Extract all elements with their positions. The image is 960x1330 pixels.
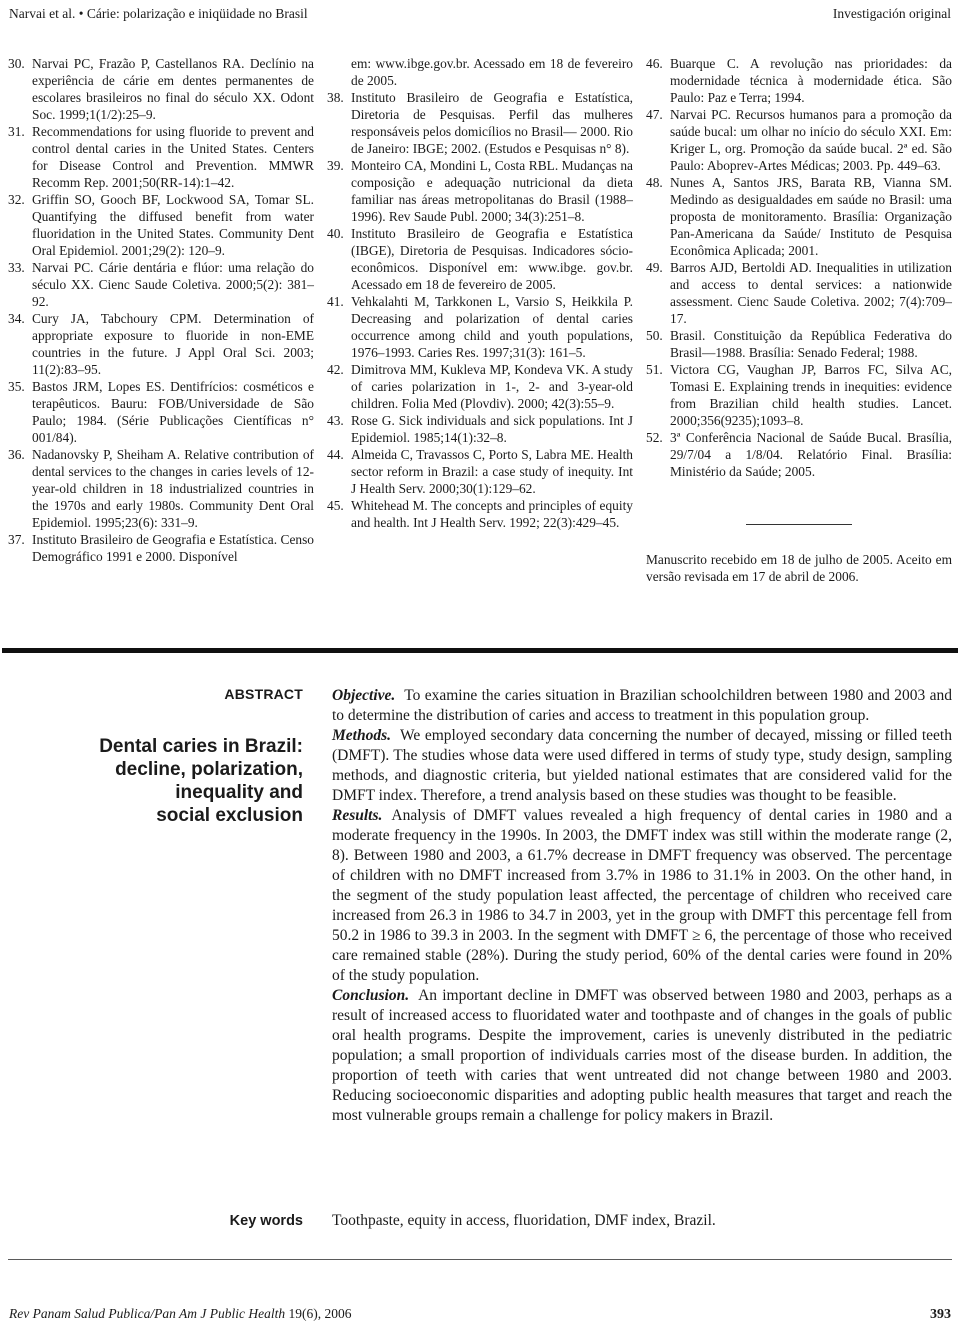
reference-text: Griffin SO, Gooch BF, Lockwood SA, Tomar… [32, 192, 314, 258]
abstract-left-column: ABSTRACT Dental caries in Brazil: declin… [8, 686, 303, 1126]
paragraph-text: Analysis of DMFT values revealed a high … [332, 807, 952, 984]
abstract-label: ABSTRACT [8, 686, 303, 702]
reference-text: Narvai PC. Cárie dentária e flúor: uma r… [32, 260, 314, 309]
keywords-text: Toothpaste, equity in access, fluoridati… [332, 1212, 952, 1230]
reference-column-2: em: www.ibge.gov.br. Acessado em 18 de f… [327, 55, 633, 585]
reference-number: 30. [8, 55, 25, 72]
reference-number: 44. [327, 446, 344, 463]
abstract-paragraph: Results.Analysis of DMFT values revealed… [332, 806, 952, 986]
references-section: 30. Narvai PC, Frazão P, Castellanos RA.… [8, 55, 952, 585]
reference-text: Dimitrova MM, Kukleva MP, Kondeva VK. A … [351, 362, 633, 411]
running-head: Narvai et al. • Cárie: polarização e ini… [9, 6, 951, 22]
reference-item: 44. Almeida C, Travassos C, Porto S, Lab… [327, 446, 633, 497]
reference-item: 42. Dimitrova MM, Kukleva MP, Kondeva VK… [327, 361, 633, 412]
reference-item: 47. Narvai PC. Recursos humanos para a p… [646, 106, 952, 174]
reference-item: 40. Instituto Brasileiro de Geografia e … [327, 225, 633, 293]
reference-text: Monteiro CA, Mondini L, Costa RBL. Mudan… [351, 158, 633, 224]
title-line: social exclusion [8, 804, 303, 827]
reference-text: Buarque C. A revolução nas prioridades: … [670, 56, 952, 105]
reference-text: Victora CG, Vaughan JP, Barros FC, Silva… [670, 362, 952, 428]
journal-issue: 19(6), 2006 [288, 1306, 351, 1321]
reference-number: 39. [327, 157, 344, 174]
reference-text: Bastos JRM, Lopes ES. Dentifrícios: cosm… [32, 379, 314, 445]
footer-rule [8, 1259, 952, 1260]
reference-item: 35. Bastos JRM, Lopes ES. Dentifrícios: … [8, 378, 314, 446]
abstract-body: Objective.To examine the caries situatio… [332, 686, 952, 1126]
reference-continuation: em: www.ibge.gov.br. Acessado em 18 de f… [327, 55, 633, 89]
reference-item: 34. Cury JA, Tabchoury CPM. Determinatio… [8, 310, 314, 378]
reference-text: Almeida C, Travassos C, Porto S, Labra M… [351, 447, 633, 496]
reference-column-3-items: 46. Buarque C. A revolução nas prioridad… [646, 55, 952, 480]
reference-item: 49. Barros AJD, Bertoldi AD. Inequalitie… [646, 259, 952, 327]
reference-item: 30. Narvai PC, Frazão P, Castellanos RA.… [8, 55, 314, 123]
reference-number: 49. [646, 259, 663, 276]
reference-item: 43. Rose G. Sick individuals and sick po… [327, 412, 633, 446]
reference-item: 32. Griffin SO, Gooch BF, Lockwood SA, T… [8, 191, 314, 259]
paragraph-text: To examine the caries situation in Brazi… [332, 687, 952, 724]
reference-item: 33. Narvai PC. Cárie dentária e flúor: u… [8, 259, 314, 310]
section-rule-thick [2, 648, 958, 653]
reference-item: 52. 3ª Conferência Nacional de Saúde Buc… [646, 429, 952, 480]
reference-item: 38. Instituto Brasileiro de Geografia e … [327, 89, 633, 157]
reference-number: 45. [327, 497, 344, 514]
reference-number: 50. [646, 327, 663, 344]
reference-number: 33. [8, 259, 25, 276]
reference-number: 42. [327, 361, 344, 378]
abstract-paragraph: Objective.To examine the caries situatio… [332, 686, 952, 726]
reference-number: 47. [646, 106, 663, 123]
paragraph-lead: Methods. [332, 727, 400, 744]
reference-text: Instituto Brasileiro de Geografia e Esta… [351, 226, 633, 292]
reference-item: 37. Instituto Brasileiro de Geografia e … [8, 531, 314, 565]
reference-text: Rose G. Sick individuals and sick popula… [351, 413, 633, 445]
keywords-section: Key words Toothpaste, equity in access, … [8, 1212, 952, 1230]
reference-column-3: 46. Buarque C. A revolução nas prioridad… [646, 55, 952, 585]
paragraph-text: An important decline in DMFT was observe… [332, 987, 952, 1124]
reference-text: Narvai PC. Recursos humanos para a promo… [670, 107, 952, 173]
reference-item: 51. Victora CG, Vaughan JP, Barros FC, S… [646, 361, 952, 429]
manuscript-divider-line [746, 524, 852, 525]
reference-item: 39. Monteiro CA, Mondini L, Costa RBL. M… [327, 157, 633, 225]
abstract-section: ABSTRACT Dental caries in Brazil: declin… [8, 686, 952, 1126]
reference-text: Narvai PC, Frazão P, Castellanos RA. Dec… [32, 56, 314, 122]
reference-number: 48. [646, 174, 663, 191]
reference-number: 40. [327, 225, 344, 242]
reference-number: 31. [8, 123, 25, 140]
reference-item: 36. Nadanovsky P, Sheiham A. Relative co… [8, 446, 314, 531]
reference-item: 45. Whitehead M. The concepts and princi… [327, 497, 633, 531]
abstract-paragraph: Methods.We employed secondary data conce… [332, 726, 952, 806]
reference-text: Whitehead M. The concepts and principles… [351, 498, 633, 530]
title-line: inequality and [8, 781, 303, 804]
reference-item: 46. Buarque C. A revolução nas prioridad… [646, 55, 952, 106]
reference-item: 31. Recommendations for using fluoride t… [8, 123, 314, 191]
reference-number: 34. [8, 310, 25, 327]
reference-text: Instituto Brasileiro de Geografia e Esta… [32, 532, 314, 564]
reference-text: Vehkalahti M, Tarkkonen L, Varsio S, Hei… [351, 294, 633, 360]
abstract-paragraph: Conclusion.An important decline in DMFT … [332, 986, 952, 1126]
reference-text: Cury JA, Tabchoury CPM. Determination of… [32, 311, 314, 377]
running-head-right: Investigación original [833, 6, 951, 22]
reference-number: 51. [646, 361, 663, 378]
reference-item: 50. Brasil. Constituição da República Fe… [646, 327, 952, 361]
reference-column-1: 30. Narvai PC, Frazão P, Castellanos RA.… [8, 55, 314, 585]
reference-number: 41. [327, 293, 344, 310]
title-line: decline, polarization, [8, 758, 303, 781]
paragraph-lead: Conclusion. [332, 987, 418, 1004]
manuscript-note: Manuscrito recebido em 18 de julho de 20… [646, 551, 952, 585]
reference-item: 48. Nunes A, Santos JRS, Barata RB, Vian… [646, 174, 952, 259]
reference-text: 3ª Conferência Nacional de Saúde Bucal. … [670, 430, 952, 479]
paragraph-text: We employed secondary data concerning th… [332, 727, 952, 804]
reference-item: 41. Vehkalahti M, Tarkkonen L, Varsio S,… [327, 293, 633, 361]
reference-text: Nadanovsky P, Sheiham A. Relative contri… [32, 447, 314, 530]
reference-number: 52. [646, 429, 663, 446]
title-line: Dental caries in Brazil: [8, 735, 303, 758]
reference-text: Recommendations for using fluoride to pr… [32, 124, 314, 190]
reference-number: 36. [8, 446, 25, 463]
journal-name: Rev Panam Salud Publica/Pan Am J Public … [9, 1306, 285, 1321]
reference-column-2-items: 38. Instituto Brasileiro de Geografia e … [327, 89, 633, 531]
journal-citation: Rev Panam Salud Publica/Pan Am J Public … [9, 1306, 351, 1322]
paragraph-lead: Results. [332, 807, 391, 824]
keywords-label: Key words [8, 1212, 303, 1230]
reference-number: 38. [327, 89, 344, 106]
page-footer: Rev Panam Salud Publica/Pan Am J Public … [9, 1306, 951, 1323]
reference-text: Barros AJD, Bertoldi AD. Inequalities in… [670, 260, 952, 326]
reference-text: Nunes A, Santos JRS, Barata RB, Vianna S… [670, 175, 952, 258]
running-head-left: Narvai et al. • Cárie: polarização e ini… [9, 6, 308, 22]
reference-text: Instituto Brasileiro de Geografia e Esta… [351, 90, 633, 156]
reference-number: 46. [646, 55, 663, 72]
paragraph-lead: Objective. [332, 687, 404, 704]
reference-number: 35. [8, 378, 25, 395]
reference-number: 32. [8, 191, 25, 208]
page-number: 393 [930, 1307, 951, 1323]
reference-text: Brasil. Constituição da República Federa… [670, 328, 952, 360]
reference-number: 37. [8, 531, 25, 548]
reference-number: 43. [327, 412, 344, 429]
article-title-english: Dental caries in Brazil: decline, polari… [8, 735, 303, 827]
